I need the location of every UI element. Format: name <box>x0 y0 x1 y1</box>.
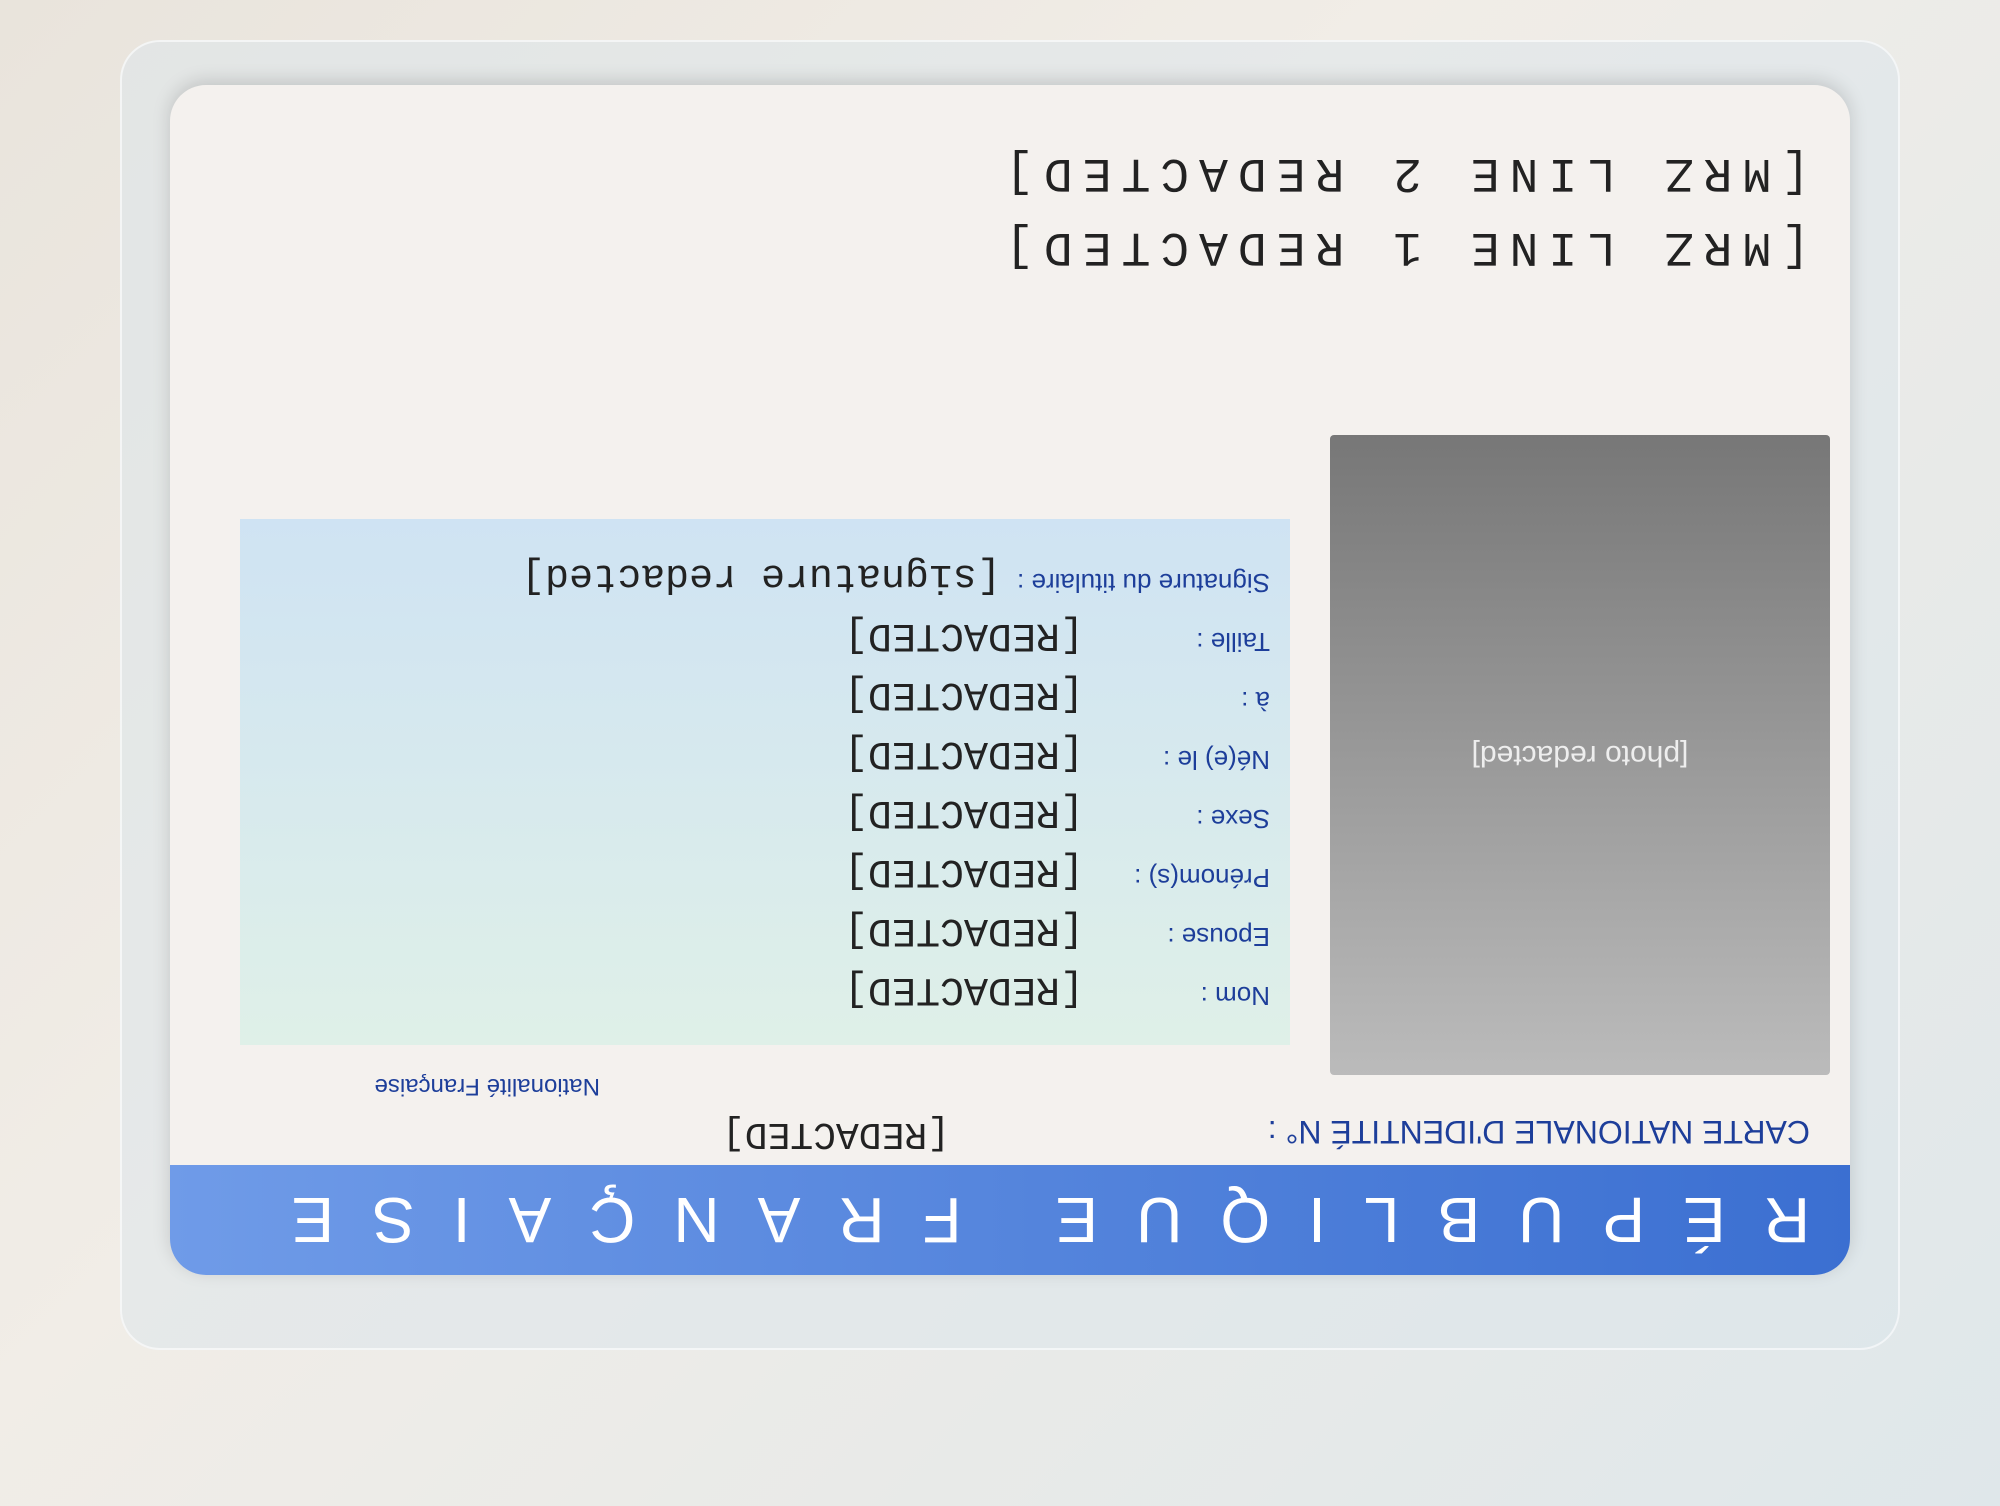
field-label: Nom : <box>1100 966 1270 1011</box>
field-value: [REDACTED] <box>844 789 1084 834</box>
field-value: [REDACTED] <box>844 612 1084 657</box>
mrz-line-2: [MRZ LINE 2 REDACTED] <box>210 145 1810 199</box>
field-row: Sexe : [REDACTED] <box>260 789 1270 834</box>
card-subtitle: CARTE NATIONALE D'IDENTITÉ N° : <box>1268 1113 1810 1150</box>
field-label: à : <box>1100 671 1270 716</box>
holder-photo: [photo redacted] <box>1330 435 1830 1075</box>
machine-readable-zone: [MRZ LINE 1 REDACTED] [MRZ LINE 2 REDACT… <box>210 125 1810 293</box>
field-row: Epouse : [REDACTED] <box>260 907 1270 952</box>
field-value: [REDACTED] <box>844 907 1084 952</box>
field-label: Taille : <box>1100 612 1270 657</box>
field-label: Prénom(s) : <box>1100 848 1270 893</box>
identity-fields: Nom : [REDACTED]Epouse : [REDACTED]Préno… <box>240 519 1290 1045</box>
document-number: [REDACTED] <box>722 1112 950 1155</box>
field-row: Nom : [REDACTED] <box>260 966 1270 1011</box>
id-card: RÉPUBLIQUE FRANÇAISE CARTE NATIONALE D'I… <box>170 85 1850 1275</box>
field-row: Prénom(s) : [REDACTED] <box>260 848 1270 893</box>
field-row: Signature du titulaire : [signature reda… <box>260 553 1270 598</box>
field-label: Né(e) le : <box>1100 730 1270 775</box>
field-row: Taille : [REDACTED] <box>260 612 1270 657</box>
field-row: Né(e) le : [REDACTED] <box>260 730 1270 775</box>
banner: RÉPUBLIQUE FRANÇAISE <box>170 1165 1850 1275</box>
field-label: Epouse : <box>1100 907 1270 952</box>
field-value: [REDACTED] <box>844 671 1084 716</box>
field-value: [REDACTED] <box>844 848 1084 893</box>
mrz-line-1: [MRZ LINE 1 REDACTED] <box>210 219 1810 273</box>
field-row: à : [REDACTED] <box>260 671 1270 716</box>
field-label: Signature du titulaire : <box>1017 553 1270 598</box>
nationality: Nationalité Française <box>375 1072 600 1100</box>
field-value: [REDACTED] <box>844 966 1084 1011</box>
field-label: Sexe : <box>1100 789 1270 834</box>
field-value: [REDACTED] <box>844 730 1084 775</box>
field-value: [signature redacted] <box>521 553 1001 598</box>
